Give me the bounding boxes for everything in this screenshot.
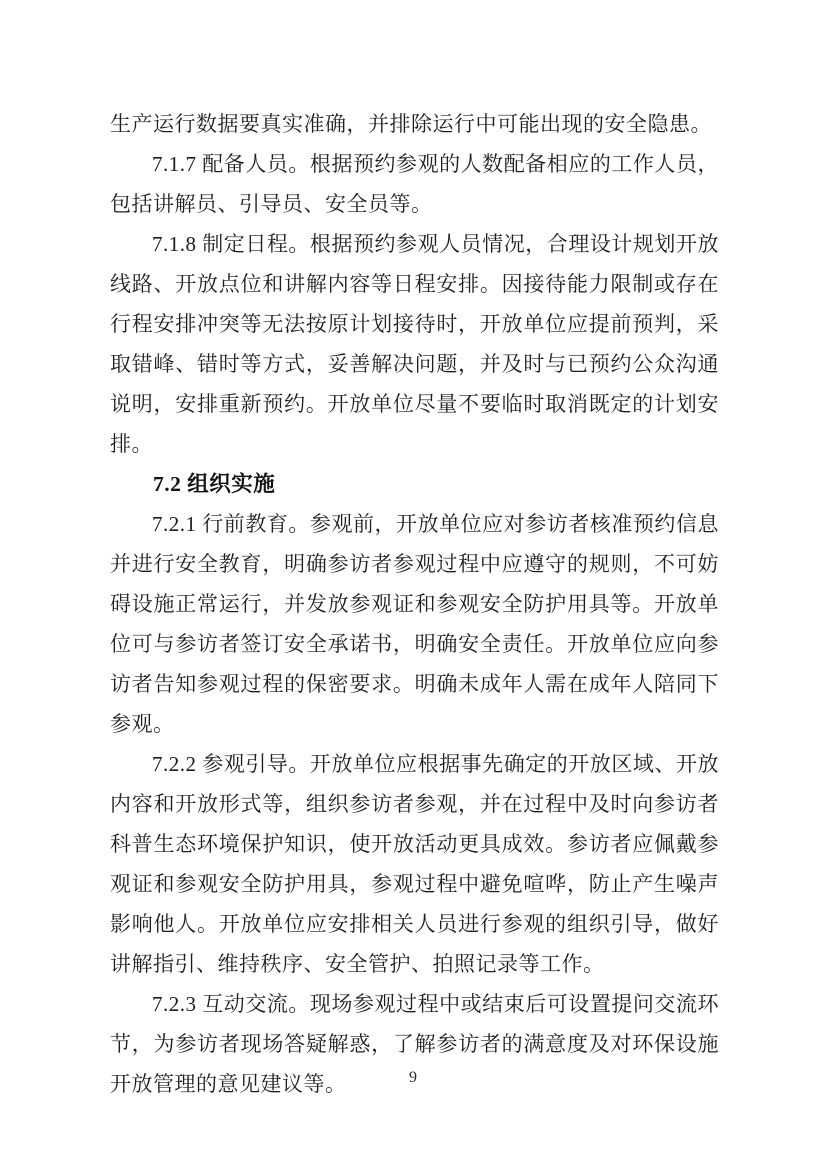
- document-text-block: 生产运行数据要真实准确，并排除运行中可能出现的安全隐患。 7.1.7 配备人员。…: [110, 104, 719, 1104]
- paragraph-7-1-7: 7.1.7 配备人员。根据预约参观的人数配备相应的工作人员，包括讲解员、引导员、…: [110, 144, 719, 224]
- paragraph-7-1-8: 7.1.8 制定日程。根据预约参观人员情况，合理设计规划开放线路、开放点位和讲解…: [110, 224, 719, 464]
- paragraph-7-2-2: 7.2.2 参观引导。开放单位应根据事先确定的开放区域、开放内容和开放形式等，组…: [110, 744, 719, 984]
- page-number: 9: [0, 1068, 826, 1088]
- document-page: 生产运行数据要真实准确，并排除运行中可能出现的安全隐患。 7.1.7 配备人员。…: [0, 0, 826, 1169]
- section-heading-7-2: 7.2 组织实施: [110, 464, 719, 504]
- paragraph-continuation: 生产运行数据要真实准确，并排除运行中可能出现的安全隐患。: [110, 104, 719, 144]
- paragraph-7-2-1: 7.2.1 行前教育。参观前，开放单位应对参访者核准预约信息并进行安全教育，明确…: [110, 504, 719, 744]
